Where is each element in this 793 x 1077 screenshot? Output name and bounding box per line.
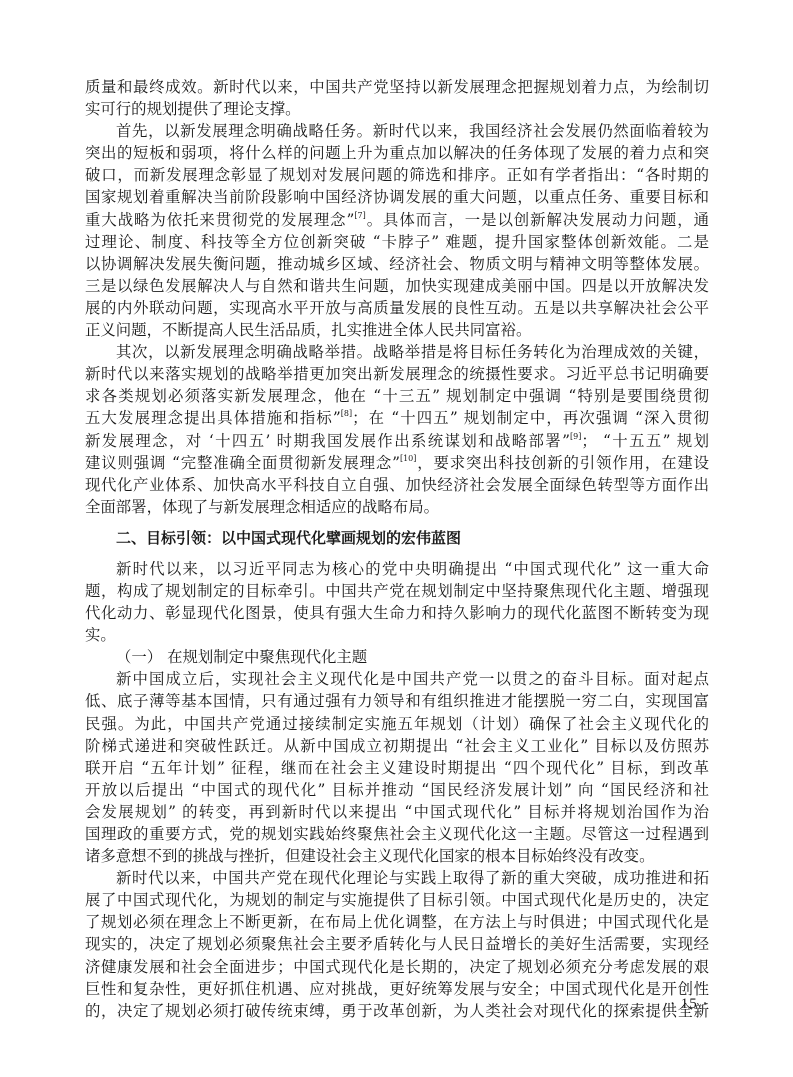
text-line: 的，决定了规划必须打破传统束缚，勇于改革创新，为人类社会对现代化的探索提供全新 — [85, 1000, 709, 1022]
text-segment: 。具体而言，一是以创新解决发展动力问题，通 — [366, 211, 709, 229]
footnote-ref[interactable]: [7] — [354, 211, 365, 220]
text-line: 新时代以来，以习近平同志为核心的党中央明确提出 “中国式现代化” 这一重大命 — [85, 558, 709, 580]
text-line: 题，构成了规划制定的目标牵引。中国共产党在规划制定中坚持聚焦现代化主题、增强现 — [85, 580, 709, 602]
footnote-ref[interactable]: [8] — [341, 409, 352, 418]
text-line: 阶梯式递进和突破性跃迁。从新中国成立初期提出 “社会主义工业化” 目标以及仿照苏 — [85, 735, 709, 757]
text-line: 国理政的重要方式，党的规划实践始终聚焦社会主义现代化这一主题。尽管这一过程遇到 — [85, 823, 709, 845]
text-segment: ，要求突出科技创新的引领作用，在建设 — [416, 454, 709, 472]
paragraph: 新时代以来，中国共产党在现代化理论与实践上取得了新的重大突破，成功推进和拓 展了… — [85, 867, 709, 1022]
text-line: 新中国成立后，实现社会主义现代化是中国共产党一以贯之的奋斗目标。面对起点 — [85, 668, 709, 690]
text-segment: ； “十五五” 规划 — [581, 432, 709, 450]
footnote-ref[interactable]: [9] — [570, 432, 581, 441]
paragraph: 其次，以新发展理念明确战略举措。战略举措是将目标任务转化为治理成效的关键， 新时… — [85, 341, 709, 518]
text-line: 济健康发展和社会全面进步；中国式现代化是长期的，决定了规划必须充分考虑发展的艰 — [85, 956, 709, 978]
text-line: 新时代以来，中国共产党在现代化理论与实践上取得了新的重大突破，成功推进和拓 — [85, 867, 709, 889]
text-line: 展了中国式现代化，为规划的制定与实施提供了目标引领。中国式现代化是历史的，决定 — [85, 889, 709, 911]
text-line: 以协调解决发展失衡问题，推动城乡区域、经济社会、物质文明与精神文明等整体发展。 — [85, 253, 709, 275]
subsection-heading: （一） 在规划制定中聚焦现代化主题 — [85, 646, 709, 668]
document-page: 质量和最终成效。新时代以来，中国共产党坚持以新发展理念把握规划着力点，为绘制切 … — [85, 76, 709, 1022]
text-line: 质量和最终成效。新时代以来，中国共产党坚持以新发展理念把握规划着力点，为绘制切 — [85, 76, 709, 98]
text-line: 正义问题，不断提高人民生活品质，扎实推进全体人民共同富裕。 — [85, 319, 709, 341]
text-line: 三是以绿色发展解决人与自然和谐共生问题，加快实现建成美丽中国。四是以开放解决发 — [85, 275, 709, 297]
footnote-ref[interactable]: [10] — [400, 454, 416, 463]
text-line: 国家规划着重解决当前阶段影响中国经济协调发展的重大问题，以重点任务、重要目标和 — [85, 186, 709, 208]
text-line: 破口，而新发展理念彰显了规划对发展问题的筛选和排序。正如有学者指出：“各时期的 — [85, 164, 709, 186]
text-line: 代化动力、彰显现代化图景，使具有强大生命力和持久影响力的现代化蓝图不断转变为现 — [85, 602, 709, 624]
text-line: 现实的，决定了规划必须聚焦社会主要矛盾转化与人民日益增长的美好生活需要，实现经 — [85, 933, 709, 955]
text-line: 重大战略为依托来贯彻党的发展理念”[7]。具体而言，一是以创新解决发展动力问题，… — [85, 209, 709, 231]
text-line: 建议则强调 “完整准确全面贯彻新发展理念”[10]，要求突出科技创新的引领作用，… — [85, 452, 709, 474]
text-line: 开放以后提出 “中国式的现代化” 目标并推动 “国民经济发展计划” 向 “国民经… — [85, 779, 709, 801]
text-segment: 重大战略为依托来贯彻党的发展理念” — [85, 211, 354, 229]
text-line: 巨性和复杂性，更好抓住机遇、应对挑战，更好统筹发展与安全；中国式现代化是开创性 — [85, 978, 709, 1000]
text-segment: ；在 “十四五” 规划制定中，再次强调 “深入贯彻 — [352, 409, 709, 427]
text-line: 新发展理念，对 ‘十四五’ 时期我国发展作出系统谋划和战略部署”[9]； “十五… — [85, 430, 709, 452]
text-line: 实可行的规划提供了理论支撑。 — [85, 98, 709, 120]
text-line: 首先，以新发展理念明确战略任务。新时代以来，我国经济社会发展仍然面临着较为 — [85, 120, 709, 142]
page-number: · 15 · — [670, 996, 709, 1013]
text-line: 展的内外联动问题，实现高水平开放与高质量发展的良性互动。五是以共享解决社会公平 — [85, 297, 709, 319]
text-line: 新时代以来落实规划的战略举措更加突出新发展理念的统摄性要求。习近平总书记明确要 — [85, 363, 709, 385]
text-line: 民强。为此，中国共产党通过接续制定实施五年规划（计划）确保了社会主义现代化的 — [85, 713, 709, 735]
text-line: 五大发展理念提出具体措施和指标”[8]；在 “十四五” 规划制定中，再次强调 “… — [85, 407, 709, 429]
text-line: 联开启 “五年计划” 征程，继而在社会主义建设时期提出 “四个现代化” 目标，到… — [85, 757, 709, 779]
section-heading: 二、目标引领：以中国式现代化擘画规划的宏伟蓝图 — [85, 527, 709, 549]
text-segment: 五大发展理念提出具体措施和指标” — [85, 409, 341, 427]
text-line: 突出的短板和弱项，将什么样的问题上升为重点加以解决的任务体现了发展的着力点和突 — [85, 142, 709, 164]
paragraph: 质量和最终成效。新时代以来，中国共产党坚持以新发展理念把握规划着力点，为绘制切 … — [85, 76, 709, 120]
paragraph: 新时代以来，以习近平同志为核心的党中央明确提出 “中国式现代化” 这一重大命 题… — [85, 558, 709, 646]
text-line: 求各类规划必须落实新发展理念，他在 “十三五” 规划制定中强调 “特别是要围绕贯… — [85, 385, 709, 407]
text-line: 了规划必须在理念上不断更新，在布局上优化调整，在方法上与时俱进；中国式现代化是 — [85, 911, 709, 933]
text-line: 全面部署，体现了与新发展理念相适应的战略布局。 — [85, 496, 709, 518]
text-line: 过理论、制度、科技等全方位创新突破 “卡脖子” 难题，提升国家整体创新效能。二是 — [85, 231, 709, 253]
text-segment: 新发展理念，对 ‘十四五’ 时期我国发展作出系统谋划和战略部署” — [85, 432, 570, 450]
paragraph: 首先，以新发展理念明确战略任务。新时代以来，我国经济社会发展仍然面临着较为 突出… — [85, 120, 709, 341]
text-line: 实。 — [85, 624, 709, 646]
text-segment: 建议则强调 “完整准确全面贯彻新发展理念” — [85, 454, 400, 472]
text-line: 低、底子薄等基本国情，只有通过强有力领导和有组织推进才能摆脱一穷二白，实现国富 — [85, 690, 709, 712]
text-line: 现代化产业体系、加快高水平科技自立自强、加快经济社会发展全面绿色转型等方面作出 — [85, 474, 709, 496]
paragraph: 新中国成立后，实现社会主义现代化是中国共产党一以贯之的奋斗目标。面对起点 低、底… — [85, 668, 709, 867]
text-line: 会发展规划” 的转变，再到新时代以来提出 “中国式现代化” 目标并将规划治国作为… — [85, 801, 709, 823]
text-line: 诸多意想不到的挑战与挫折，但建设社会主义现代化国家的根本目标始终没有改变。 — [85, 845, 709, 867]
text-line: 其次，以新发展理念明确战略举措。战略举措是将目标任务转化为治理成效的关键， — [85, 341, 709, 363]
